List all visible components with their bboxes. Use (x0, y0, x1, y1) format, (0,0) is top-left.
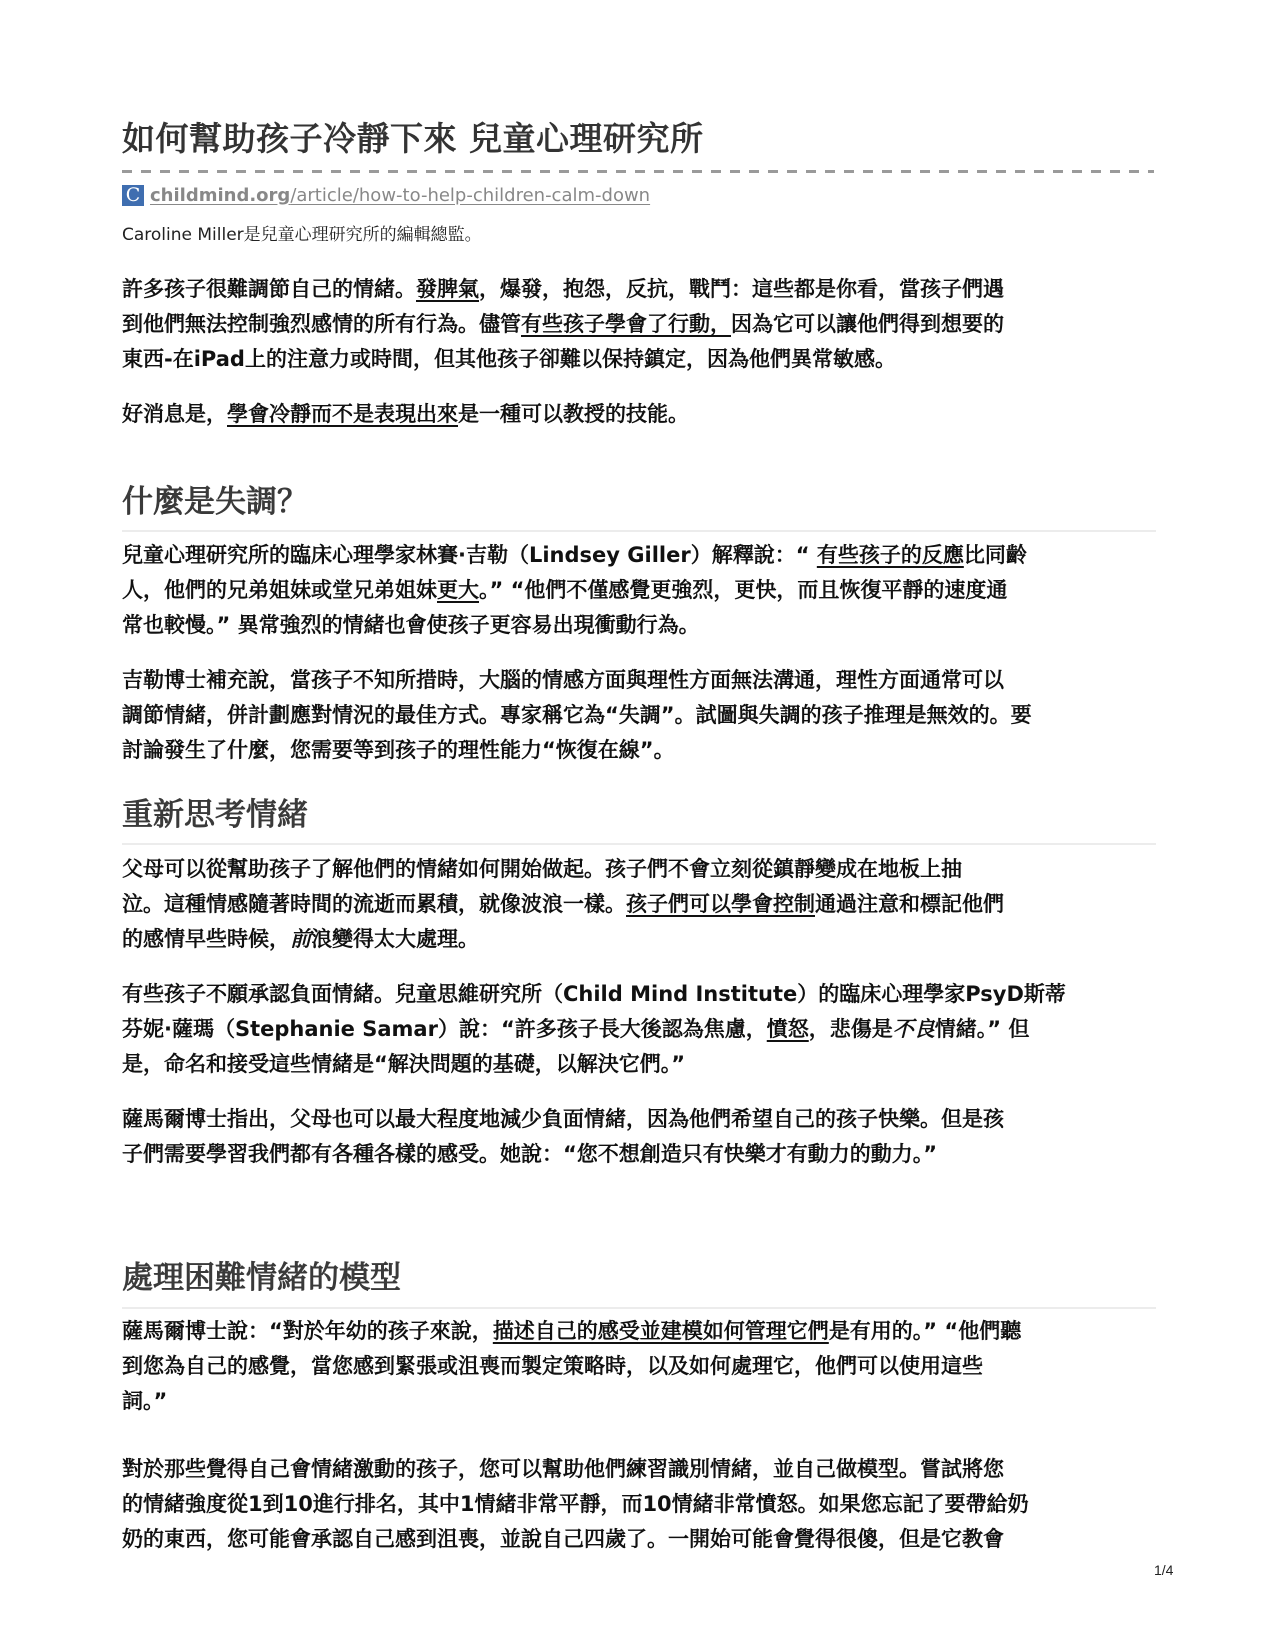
inline-link[interactable]: 描述自己的感受並建模如何管理它們 (493, 1319, 829, 1343)
source-link-row[interactable]: C childmind.org/article/how-to-help-chil… (122, 183, 650, 207)
text-run: 許多孩子很難調節自己的情緒。 (122, 277, 416, 301)
section-divider (122, 843, 1156, 845)
text-run: 薩馬爾博士說：“對於年幼的孩子來說， (122, 1319, 493, 1343)
title-dashed-divider (122, 170, 1154, 173)
childmind-favicon-icon: C (122, 185, 144, 206)
text-run: 情緒。” 但 (935, 1017, 1030, 1041)
section-divider (122, 1307, 1156, 1309)
text-run: 芬妮·薩瑪（Stephanie Samar）說：“許多孩子長大後認為焦慮， (122, 1017, 767, 1041)
text-run: 常也較慢。” 異常強烈的情緒也會使孩子更容易出現衝動行為。 (122, 613, 700, 637)
author-line: Caroline Miller是兒童心理研究所的編輯總監。 (122, 222, 482, 248)
text-run: 泣。這種情感隨著時間的流逝而累積，就像波浪一樣。 (122, 892, 626, 916)
text-run: 兒童心理研究所的臨床心理學家林賽·吉勒（Lindsey Giller）解釋說：“ (122, 543, 817, 567)
inline-link[interactable]: 有些孩子的反應 (817, 543, 964, 567)
text-run: 東西-在iPad上的注意力或時間，但其他孩子卻難以保持鎮定，因為他們異常敏感。 (122, 347, 896, 371)
text-run: ，悲傷是 (809, 1017, 893, 1041)
text-run: 浪變得太大處理。 (311, 927, 479, 951)
text-run: 通過注意和標記他們 (815, 892, 1004, 916)
text-run: 到他們無法控制強烈感情的所有行為。儘管 (122, 312, 521, 336)
text-run: 好消息是， (122, 402, 227, 426)
source-url-domain: childmind.org (150, 185, 290, 206)
section-heading: 處理困難情緒的模型 (122, 1258, 401, 1298)
text-run: 人，他們的兄弟姐妹或堂兄弟姐妹 (122, 578, 437, 602)
text-run: 子們需要學習我們都有各種各樣的感受。她說：“您不想創造只有快樂才有動力的動力。” (122, 1142, 937, 1166)
inline-link[interactable]: 有些孩子學會了行動， (521, 312, 731, 336)
text-run: 因為它可以讓他們得到想要的 (731, 312, 1004, 336)
text-run: 的感情早些時候， (122, 927, 290, 951)
text-run: 薩馬爾博士指出，父母也可以最大程度地減少負面情緒，因為他們希望自己的孩子快樂。但… (122, 1107, 1004, 1131)
text-run: 父母可以從幫助孩子了解他們的情緒如何開始做起。孩子們不會立刻從鎮靜變成在地板上抽 (122, 857, 962, 881)
page-number: 1/4 (1154, 1562, 1173, 1578)
paragraph: 許多孩子很難調節自己的情緒。發脾氣，爆發，抱怨，反抗，戰鬥：這些都是你看，當孩子… (122, 272, 1122, 377)
text-run: 調節情緒，併計劃應對情況的最佳方式。專家稱它為“失調”。試圖與失調的孩子推理是無… (122, 703, 1032, 727)
section-divider (122, 530, 1156, 532)
text-run: 比同齡 (964, 543, 1027, 567)
text-run: 。” “他們不僅感覺更強烈，更快，而且恢復平靜的速度通 (479, 578, 1007, 602)
paragraph: 父母可以從幫助孩子了解他們的情緒如何開始做起。孩子們不會立刻從鎮靜變成在地板上抽… (122, 852, 1122, 957)
text-run: 討論發生了什麼，您需要等到孩子的理性能力“恢復在線”。 (122, 738, 675, 762)
paragraph: 兒童心理研究所的臨床心理學家林賽·吉勒（Lindsey Giller）解釋說：“… (122, 538, 1122, 643)
paragraph: 對於那些覺得自己會情緒激動的孩子，您可以幫助他們練習識別情緒，並自己做模型。嘗試… (122, 1452, 1122, 1557)
inline-link[interactable]: 更大 (437, 578, 479, 602)
inline-link[interactable]: 孩子們可以學會控制 (626, 892, 815, 916)
paragraph: 薩馬爾博士說：“對於年幼的孩子來說，描述自己的感受並建模如何管理它們是有用的。”… (122, 1314, 1122, 1419)
emphasis-text: 不良 (893, 1017, 935, 1041)
text-run: 對於那些覺得自己會情緒激動的孩子，您可以幫助他們練習識別情緒，並自己做模型。嘗試… (122, 1457, 1004, 1481)
text-run: 的情緒強度從1到10進行排名，其中1情緒非常平靜，而10情緒非常憤怒。如果您忘記… (122, 1492, 1029, 1516)
text-run: 吉勒博士補充說，當孩子不知所措時，大腦的情感方面與理性方面無法溝通，理性方面通常… (122, 668, 1004, 692)
text-run: 是一種可以教授的技能。 (458, 402, 689, 426)
text-run: 詞。” (122, 1389, 167, 1413)
paragraph: 好消息是，學會冷靜而不是表現出來是一種可以教授的技能。 (122, 397, 1122, 432)
text-run: 到您為自己的感覺，當您感到緊張或沮喪而製定策略時，以及如何處理它，他們可以使用這… (122, 1354, 983, 1378)
inline-link[interactable]: 發脾氣 (416, 277, 479, 301)
paragraph: 薩馬爾博士指出，父母也可以最大程度地減少負面情緒，因為他們希望自己的孩子快樂。但… (122, 1102, 1122, 1172)
text-run: ，爆發，抱怨，反抗，戰鬥：這些都是你看，當孩子們遇 (479, 277, 1004, 301)
text-run: 是有用的。” “他們聽 (829, 1319, 1021, 1343)
inline-link[interactable]: 學會冷靜而不是表現出來 (227, 402, 458, 426)
source-url-link[interactable]: childmind.org/article/how-to-help-childr… (150, 185, 650, 206)
source-url-path: /article/how-to-help-children-calm-down (290, 185, 650, 206)
emphasis-text: 前 (290, 927, 311, 951)
inline-link[interactable]: 憤怒 (767, 1017, 809, 1041)
section-heading: 什麼是失調？ (122, 482, 308, 522)
text-run: 有些孩子不願承認負面情緒。兒童思維研究所（Child Mind Institut… (122, 982, 1066, 1006)
paragraph: 有些孩子不願承認負面情緒。兒童思維研究所（Child Mind Institut… (122, 977, 1122, 1082)
text-run: 是，命名和接受這些情緒是“解決問題的基礎，以解決它們。” (122, 1052, 685, 1076)
text-run: 奶的東西，您可能會承認自己感到沮喪，並說自己四歲了。一開始可能會覺得很傻，但是它… (122, 1527, 1004, 1551)
paragraph: 吉勒博士補充說，當孩子不知所措時，大腦的情感方面與理性方面無法溝通，理性方面通常… (122, 663, 1122, 768)
page-title: 如何幫助孩子冷靜下來 兒童心理研究所 (122, 118, 704, 160)
section-heading: 重新思考情緒 (122, 795, 308, 835)
